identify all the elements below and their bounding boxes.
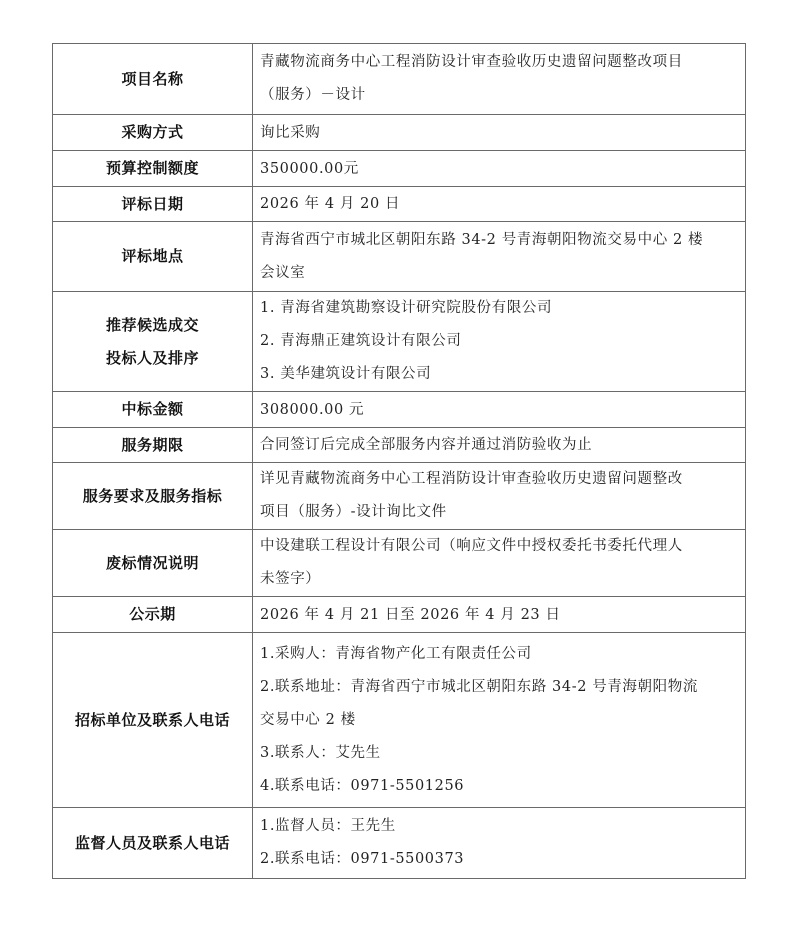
procurement-result-table: 项目名称 青藏物流商务中心工程消防设计审查验收历史遗留问题整改项目 （服务）－设…: [52, 43, 746, 879]
value-winning-amount: 308000.00 元: [253, 392, 746, 428]
label-evaluation-location: 评标地点: [53, 222, 253, 292]
row-budget-limit: 预算控制额度 350000.00元: [53, 151, 746, 187]
row-evaluation-date: 评标日期 2026 年 4 月 20 日: [53, 187, 746, 222]
label-tendering-unit-contact: 招标单位及联系人电话: [53, 633, 253, 808]
value-evaluation-location: 青海省西宁市城北区朝阳东路 34-2 号青海朝阳物流交易中心 2 楼 会议室: [253, 222, 746, 292]
contact-phone: 4.联系电话：0971-5501256: [260, 770, 741, 803]
value-recommended-candidates: 1. 青海省建筑勘察设计研究院股份有限公司 2. 青海鼎正建筑设计有限公司 3.…: [253, 292, 746, 392]
value-service-period: 合同签订后完成全部服务内容并通过消防验收为止: [253, 428, 746, 463]
candidate-item: 3. 美华建筑设计有限公司: [260, 358, 741, 391]
contact-purchaser: 1.采购人：青海省物产化工有限责任公司: [260, 638, 741, 671]
value-publicity-period: 2026 年 4 月 21 日至 2026 年 4 月 23 日: [253, 597, 746, 633]
candidate-item: 2. 青海鼎正建筑设计有限公司: [260, 325, 741, 358]
row-project-name: 项目名称 青藏物流商务中心工程消防设计审查验收历史遗留问题整改项目 （服务）－设…: [53, 44, 746, 115]
label-procurement-method: 采购方式: [53, 115, 253, 151]
row-rejected-bids: 废标情况说明 中设建联工程设计有限公司（响应文件中授权委托书委托代理人 未签字）: [53, 530, 746, 597]
contact-address-cont: 交易中心 2 楼: [260, 704, 741, 737]
label-service-requirements: 服务要求及服务指标: [53, 463, 253, 530]
label-recommended-candidates: 推荐候选成交 投标人及排序: [53, 292, 253, 392]
value-evaluation-date: 2026 年 4 月 20 日: [253, 187, 746, 222]
row-supervisor-contact: 监督人员及联系人电话 1.监督人员：王先生 2.联系电话：0971-550037…: [53, 808, 746, 879]
contact-address: 2.联系地址：青海省西宁市城北区朝阳东路 34-2 号青海朝阳物流: [260, 671, 741, 704]
value-supervisor-contact: 1.监督人员：王先生 2.联系电话：0971-5500373: [253, 808, 746, 879]
row-service-period: 服务期限 合同签订后完成全部服务内容并通过消防验收为止: [53, 428, 746, 463]
label-rejected-bids: 废标情况说明: [53, 530, 253, 597]
label-publicity-period: 公示期: [53, 597, 253, 633]
row-evaluation-location: 评标地点 青海省西宁市城北区朝阳东路 34-2 号青海朝阳物流交易中心 2 楼 …: [53, 222, 746, 292]
label-service-period: 服务期限: [53, 428, 253, 463]
supervisor-phone: 2.联系电话：0971-5500373: [260, 843, 741, 876]
value-budget-limit: 350000.00元: [253, 151, 746, 187]
value-procurement-method: 询比采购: [253, 115, 746, 151]
row-tendering-unit-contact: 招标单位及联系人电话 1.采购人：青海省物产化工有限责任公司 2.联系地址：青海…: [53, 633, 746, 808]
value-rejected-bids: 中设建联工程设计有限公司（响应文件中授权委托书委托代理人 未签字）: [253, 530, 746, 597]
label-supervisor-contact: 监督人员及联系人电话: [53, 808, 253, 879]
candidate-item: 1. 青海省建筑勘察设计研究院股份有限公司: [260, 292, 741, 325]
contact-person: 3.联系人：艾先生: [260, 737, 741, 770]
row-recommended-candidates: 推荐候选成交 投标人及排序 1. 青海省建筑勘察设计研究院股份有限公司 2. 青…: [53, 292, 746, 392]
row-publicity-period: 公示期 2026 年 4 月 21 日至 2026 年 4 月 23 日: [53, 597, 746, 633]
row-winning-amount: 中标金额 308000.00 元: [53, 392, 746, 428]
supervisor-name: 1.监督人员：王先生: [260, 810, 741, 843]
value-service-requirements: 详见青藏物流商务中心工程消防设计审查验收历史遗留问题整改 项目（服务）-设计询比…: [253, 463, 746, 530]
value-tendering-unit-contact: 1.采购人：青海省物产化工有限责任公司 2.联系地址：青海省西宁市城北区朝阳东路…: [253, 633, 746, 808]
value-project-name: 青藏物流商务中心工程消防设计审查验收历史遗留问题整改项目 （服务）－设计: [253, 44, 746, 115]
label-budget-limit: 预算控制额度: [53, 151, 253, 187]
label-winning-amount: 中标金额: [53, 392, 253, 428]
row-service-requirements: 服务要求及服务指标 详见青藏物流商务中心工程消防设计审查验收历史遗留问题整改 项…: [53, 463, 746, 530]
row-procurement-method: 采购方式 询比采购: [53, 115, 746, 151]
label-project-name: 项目名称: [53, 44, 253, 115]
label-evaluation-date: 评标日期: [53, 187, 253, 222]
